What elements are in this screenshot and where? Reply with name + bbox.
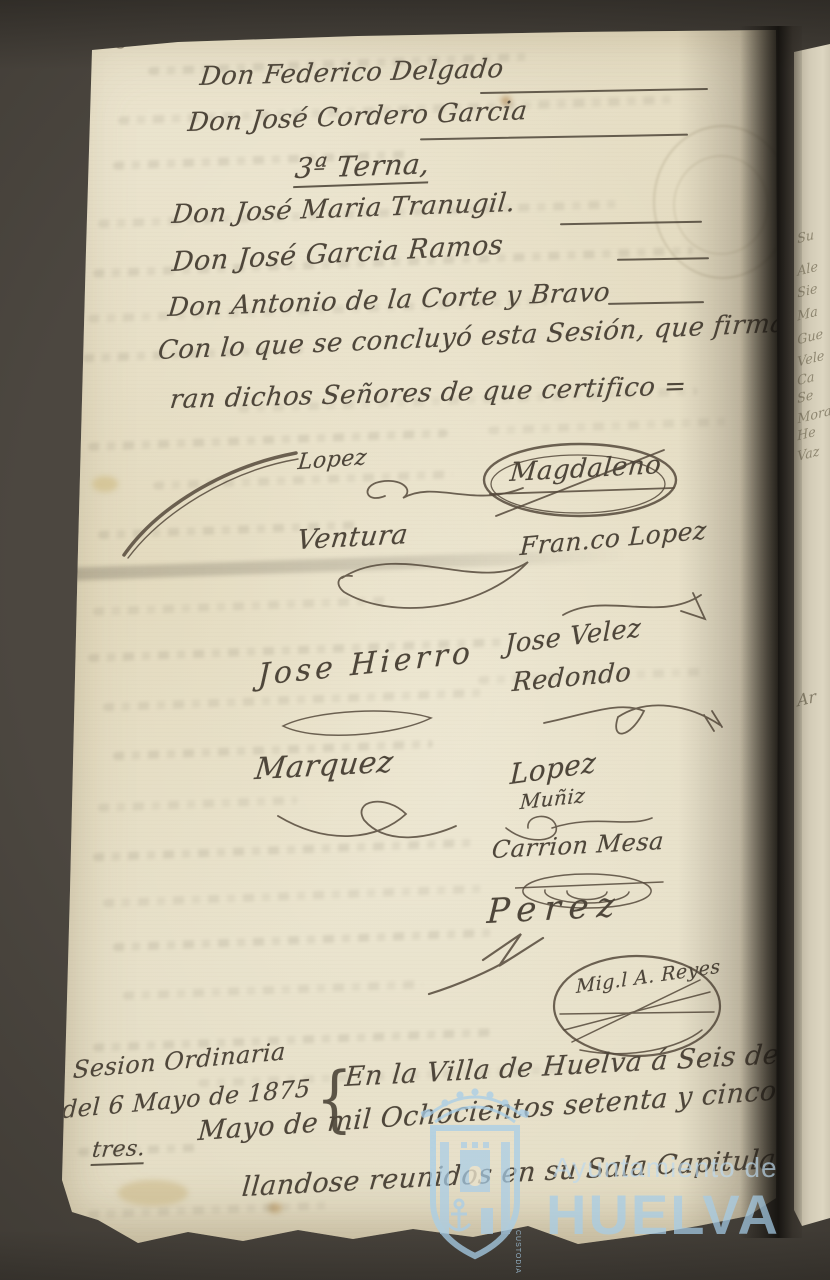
adjacent-page-text-fragment: Sie (797, 281, 818, 301)
adjacent-page-text-fragment: Gue (797, 327, 824, 349)
manuscript-page: 83 Don Federico Delgado Don José Cordero… (58, 30, 778, 1245)
paper-stain (92, 476, 118, 492)
adjacent-page-text-fragment: He (797, 425, 817, 445)
signature-rubric (275, 702, 440, 750)
adjacent-page-text-fragment: Vaz (797, 444, 820, 465)
adjacent-page-edge: Su Ale Sie Ma Gue Vele Ca Se Mora He Vaz… (794, 44, 830, 1226)
margin-note-tres: tres. (91, 1136, 147, 1166)
signature-rubric (330, 548, 540, 623)
paper-stain (118, 1180, 188, 1206)
adjacent-page-text-fragment: Se (797, 388, 814, 407)
adjacent-page-text-fragment: Ar (797, 687, 817, 711)
page-curve-shading (678, 30, 778, 1245)
adjacent-page-text-fragment: Ma (797, 304, 818, 324)
adjacent-page-text-fragment: Mora (797, 404, 830, 428)
adjacent-page-text-fragment: Vele (797, 349, 825, 371)
terna-heading: 3ª Terna, (293, 147, 431, 188)
signature-marquez: Marquez (253, 745, 396, 788)
crest-pillar-motto-right: CUSTODIA (514, 1230, 521, 1274)
scanned-archive-photo: { "colors": { "background": "#45413b", "… (0, 0, 830, 1280)
adjacent-page-text-fragment: Su (797, 228, 815, 247)
folio-number: 83 (103, 30, 130, 54)
adjacent-page-text-fragment: Ale (797, 259, 819, 279)
signature-rubric (268, 792, 463, 852)
adjacent-page-text-fragment: Ca (797, 370, 815, 389)
pen-flourish (118, 445, 303, 560)
